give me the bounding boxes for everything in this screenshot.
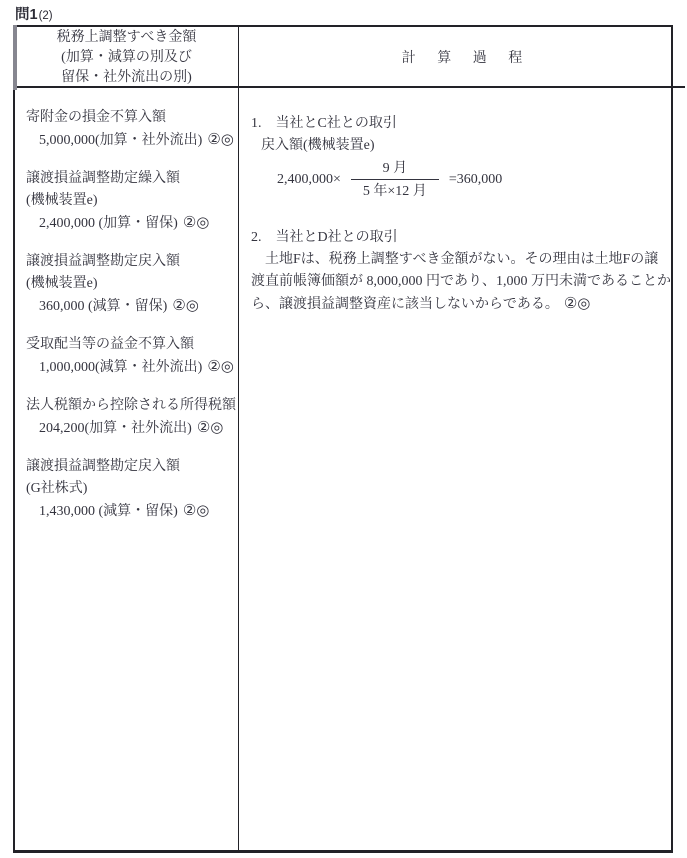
section1-heading: 1. 当社とC社との取引 <box>251 113 671 135</box>
adjustment-value-line: 2,400,000 (加算・留保)②◎ <box>26 212 234 235</box>
adjustment-name: 譲渡損益調整勘定繰入額 <box>26 168 234 190</box>
section2-text-line: 渡直前帳簿価額が 8,000,000 円であり、1,000 万円未満であることか <box>251 271 671 293</box>
grading-mark: ②◎ <box>172 298 199 314</box>
question-number: 問1 <box>15 7 38 23</box>
section2-text-line: ら、譲渡損益調整資産に該当しないからである。②◎ <box>251 293 671 316</box>
formula-result: =360,000 <box>449 172 502 188</box>
adjustment-value-line: 360,000 (減算・留保)②◎ <box>26 295 234 318</box>
adjustment-value: 1,000,000(減算・社外流出) <box>39 360 202 375</box>
adjustment-value-line: 204,200(加算・社外流出)②◎ <box>26 417 234 440</box>
adjustment-asset: (機械装置e) <box>26 273 234 295</box>
question-subnumber: (2) <box>39 10 53 22</box>
calculation-column: 1. 当社とC社との取引 戻入額(機械装置e) 2,400,000× 9 月 5… <box>239 88 685 850</box>
exam-answer-page: 問1(2) 税務上調整すべき金額 (加算・減算の別及び 留保・社外流出の別) 計… <box>0 0 687 858</box>
adjustment-name: 法人税額から控除される所得税額 <box>26 395 234 417</box>
adjustment-asset: (機械装置e) <box>26 190 234 212</box>
formula-multiplicand: 2,400,000× <box>277 172 341 188</box>
reversal-formula: 2,400,000× 9 月 5 年×12 月 =360,000 <box>277 159 671 201</box>
header-adjustment-line1: 税務上調整すべき金額 <box>57 28 197 48</box>
adjustment-name: 譲渡損益調整勘定戻入額 <box>26 456 234 478</box>
adjustment-value: 1,430,000 (減算・留保) <box>39 504 178 519</box>
adjustment-value-line: 1,430,000 (減算・留保)②◎ <box>26 500 234 523</box>
adjustment-item: 法人税額から控除される所得税額 204,200(加算・社外流出)②◎ <box>26 395 234 440</box>
header-adjustment-line2: (加算・減算の別及び <box>61 48 192 68</box>
calculation-section-2: 2. 当社とD社との取引 土地Fは、税務上調整すべき金額がない。その理由は土地F… <box>251 227 671 316</box>
adjustment-name: 受取配当等の益金不算入額 <box>26 334 234 356</box>
section2-text-end: ら、譲渡損益調整資産に該当しないからである。 <box>251 297 559 312</box>
adjustment-name: 譲渡損益調整勘定戻入額 <box>26 251 234 273</box>
adjustment-value: 2,400,000 (加算・留保) <box>39 216 178 231</box>
header-calculation-column: 計 算 過 程 <box>239 27 685 88</box>
adjustment-item: 譲渡損益調整勘定戻入額 (G社株式) 1,430,000 (減算・留保)②◎ <box>26 456 234 523</box>
adjustment-value-line: 5,000,000(加算・社外流出)②◎ <box>26 129 234 152</box>
section2-text-line: 土地Fは、税務上調整すべき金額がない。その理由は土地Fの譲 <box>251 249 671 271</box>
fraction-numerator: 9 月 <box>351 159 439 179</box>
grading-mark: ②◎ <box>207 359 234 375</box>
scan-artifact-left-border <box>13 25 17 90</box>
grading-mark: ②◎ <box>197 420 224 436</box>
header-adjustment-line3: 留保・社外流出の別) <box>61 68 192 88</box>
fraction-denominator: 5 年×12 月 <box>351 179 439 201</box>
answer-table: 税務上調整すべき金額 (加算・減算の別及び 留保・社外流出の別) 計 算 過 程… <box>13 25 673 853</box>
grading-mark: ②◎ <box>183 215 210 231</box>
adjustment-name: 寄附金の損金不算入額 <box>26 107 234 129</box>
formula-fraction: 9 月 5 年×12 月 <box>351 159 439 201</box>
adjustment-column: 寄附金の損金不算入額 5,000,000(加算・社外流出)②◎ 譲渡損益調整勘定… <box>15 88 239 850</box>
adjustment-value: 204,200(加算・社外流出) <box>39 421 192 436</box>
section1-subheading: 戻入額(機械装置e) <box>251 135 671 157</box>
calculation-section-1: 1. 当社とC社との取引 戻入額(機械装置e) 2,400,000× 9 月 5… <box>251 113 671 201</box>
section2-heading: 2. 当社とD社との取引 <box>251 227 671 249</box>
adjustment-value: 5,000,000(加算・社外流出) <box>39 133 202 148</box>
adjustment-value: 360,000 (減算・留保) <box>39 299 167 314</box>
adjustment-item: 譲渡損益調整勘定繰入額 (機械装置e) 2,400,000 (加算・留保)②◎ <box>26 168 234 235</box>
adjustment-item: 受取配当等の益金不算入額 1,000,000(減算・社外流出)②◎ <box>26 334 234 379</box>
grading-mark: ②◎ <box>183 503 210 519</box>
adjustment-item: 譲渡損益調整勘定戻入額 (機械装置e) 360,000 (減算・留保)②◎ <box>26 251 234 318</box>
adjustment-value-line: 1,000,000(減算・社外流出)②◎ <box>26 356 234 379</box>
header-calculation-title: 計 算 過 程 <box>393 47 532 67</box>
grading-mark: ②◎ <box>564 296 591 312</box>
adjustment-asset: (G社株式) <box>26 478 234 500</box>
header-adjustment-column: 税務上調整すべき金額 (加算・減算の別及び 留保・社外流出の別) <box>15 27 239 88</box>
grading-mark: ②◎ <box>207 132 234 148</box>
adjustment-item: 寄附金の損金不算入額 5,000,000(加算・社外流出)②◎ <box>26 107 234 152</box>
question-title: 問1(2) <box>15 3 53 24</box>
